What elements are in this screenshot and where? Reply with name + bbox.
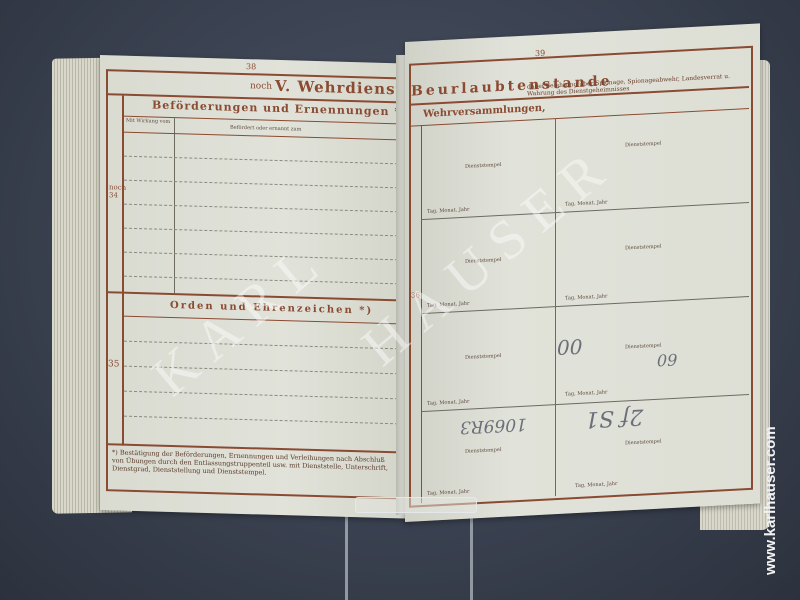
website-watermark: www.karlhauser.com [762, 426, 779, 575]
handwriting: 60 [657, 350, 677, 370]
stand-clip [355, 497, 477, 513]
row-marker-35: 35 [108, 359, 119, 369]
handwriting: 2f S1 [585, 404, 643, 432]
margin-rule [122, 96, 124, 446]
open-booklet: 38 noch V. Wehrdienst im Beförderungen u… [0, 0, 800, 600]
page-number: 38 [246, 62, 256, 71]
row-marker-34: noch 34 [109, 183, 123, 199]
header-prefix: noch [250, 81, 272, 92]
handwriting: 1069R3 [460, 414, 527, 438]
page-number: 39 [535, 49, 545, 59]
col-effective-header: Mit Wirkung vom [126, 118, 170, 125]
handwriting: 00 [557, 335, 582, 360]
